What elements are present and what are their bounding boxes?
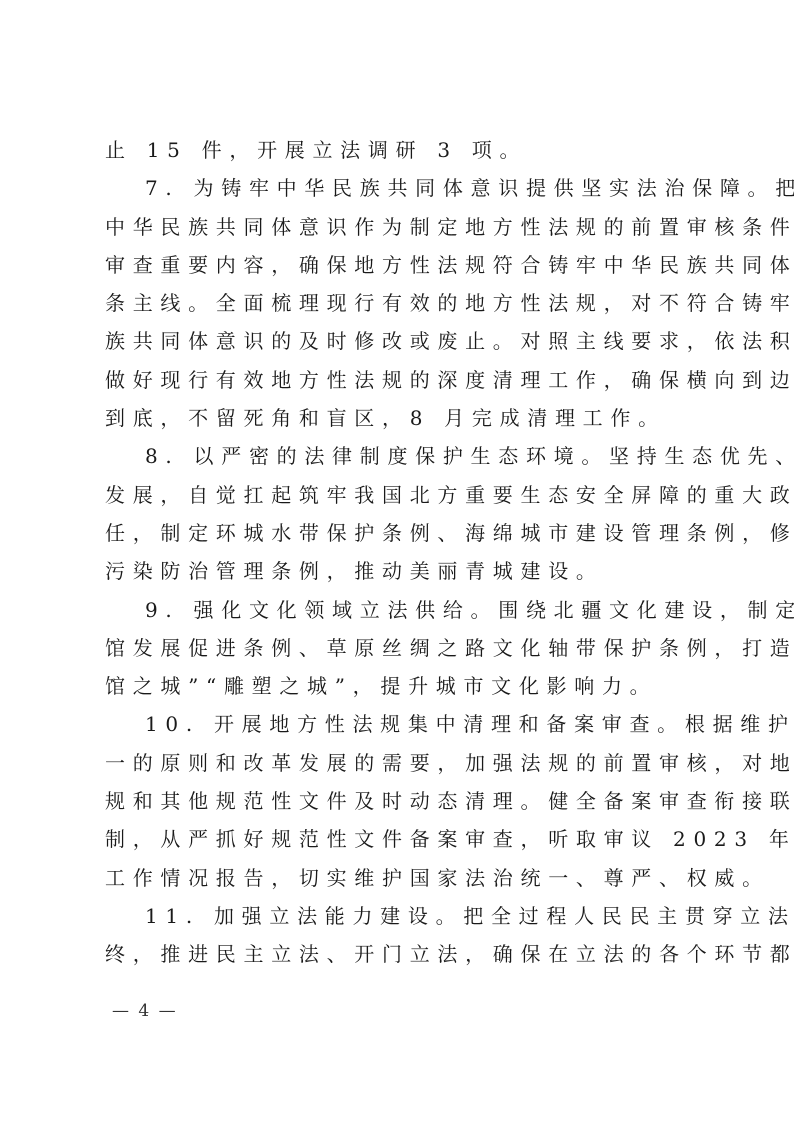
text-line: 制，从严抓好规范性文件备案审查，听取审议 2023 年备案审查	[105, 820, 693, 858]
text-line: 终，推进民主立法、开门立法，确保在立法的各个环节都能听到	[105, 935, 693, 973]
paragraph-7-heading-line: 7. 为铸牢中华民族共同体意识提供坚实法治保障。把铸牢	[105, 169, 693, 207]
text-line: 到底，不留死角和盲区，8 月完成清理工作。	[105, 399, 693, 437]
text-line: 工作情况报告，切实维护国家法治统一、尊严、权威。	[105, 859, 693, 897]
text-line: 止 15 件，开展立法调研 3 项。	[105, 131, 693, 169]
text-line: 馆之城”“雕塑之城”，提升城市文化影响力。	[105, 667, 693, 705]
text-line: 一的原则和改革发展的需要，加强法规的前置审核，对地方性法	[105, 744, 693, 782]
text-line: 任，制定环城水带保护条例、海绵城市建设管理条例，修改大气	[105, 514, 693, 552]
paragraph-10-heading-line: 10. 开展地方性法规集中清理和备案审查。根据维护法治统	[105, 705, 693, 743]
text-line: 馆发展促进条例、草原丝绸之路文化轴带保护条例，打造“博物	[105, 629, 693, 667]
paragraph-8-heading-line: 8. 以严密的法律制度保护生态环境。坚持生态优先、绿色	[105, 437, 693, 475]
paragraph-11-heading-line: 11. 加强立法能力建设。把全过程人民民主贯穿立法工作始	[105, 897, 693, 935]
paragraph-9-heading-line: 9. 强化文化领域立法供给。围绕北疆文化建设，制定博物	[105, 591, 693, 629]
text-line: 族共同体意识的及时修改或废止。对照主线要求，依法积极稳慎	[105, 322, 693, 360]
text-line: 条主线。全面梳理现行有效的地方性法规，对不符合铸牢中华民	[105, 284, 693, 322]
text-line: 中华民族共同体意识作为制定地方性法规的前置审核条件、备案	[105, 208, 693, 246]
page-number: — 4 —	[112, 998, 178, 1024]
text-line: 规和其他规范性文件及时动态清理。健全备案审查衔接联动机	[105, 782, 693, 820]
text-line: 发展，自觉扛起筑牢我国北方重要生态安全屏障的重大政治责	[105, 476, 693, 514]
text-line: 做好现行有效地方性法规的深度清理工作，确保横向到边、纵向	[105, 361, 693, 399]
body-text: 止 15 件，开展立法调研 3 项。 7. 为铸牢中华民族共同体意识提供坚实法治…	[105, 131, 693, 974]
text-line: 审查重要内容，确保地方性法规符合铸牢中华民族共同体意识这	[105, 246, 693, 284]
document-page: 止 15 件，开展立法调研 3 项。 7. 为铸牢中华民族共同体意识提供坚实法治…	[0, 0, 794, 1123]
text-line: 污染防治管理条例，推动美丽青城建设。	[105, 552, 693, 590]
